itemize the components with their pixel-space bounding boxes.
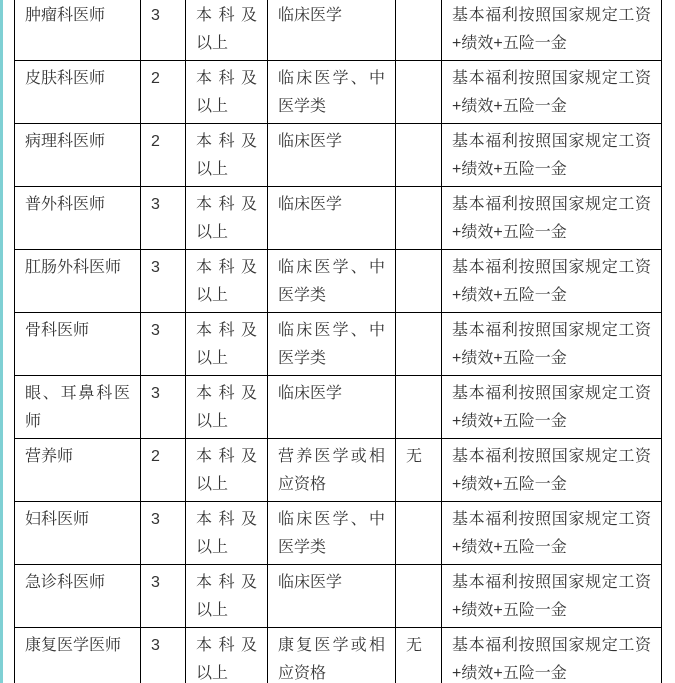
cell-count: 3 — [141, 187, 186, 250]
cell-education: 本科及以上 — [186, 61, 268, 124]
cell-count: 3 — [141, 565, 186, 628]
table-row: 康复医学医师 3 本科及以上 康复医学或相应资格 无 基本福利按照国家规定工资+… — [15, 628, 662, 683]
table-row: 营养师 2 本科及以上 营养医学或相应资格 无 基本福利按照国家规定工资+绩效+… — [15, 439, 662, 502]
cell-position: 妇科医师 — [15, 502, 141, 565]
cell-major: 营养医学或相应资格 — [268, 439, 396, 502]
left-accent-bar — [0, 0, 3, 683]
table-row: 普外科医师 3 本科及以上 临床医学 基本福利按照国家规定工资+绩效+五险一金 — [15, 187, 662, 250]
cell-position: 眼、耳鼻科医师 — [15, 376, 141, 439]
cell-other — [396, 565, 442, 628]
cell-other — [396, 313, 442, 376]
cell-benefits: 基本福利按照国家规定工资+绩效+五险一金 — [442, 376, 662, 439]
cell-benefits: 基本福利按照国家规定工资+绩效+五险一金 — [442, 502, 662, 565]
cell-count: 2 — [141, 61, 186, 124]
cell-other — [396, 61, 442, 124]
cell-education: 本科及以上 — [186, 0, 268, 61]
cell-other — [396, 250, 442, 313]
cell-position: 急诊科医师 — [15, 565, 141, 628]
cell-count: 3 — [141, 628, 186, 683]
cell-education: 本科及以上 — [186, 187, 268, 250]
cell-benefits: 基本福利按照国家规定工资+绩效+五险一金 — [442, 439, 662, 502]
cell-position: 肛肠外科医师 — [15, 250, 141, 313]
cell-count: 3 — [141, 0, 186, 61]
table-row: 骨科医师 3 本科及以上 临床医学、中医学类 基本福利按照国家规定工资+绩效+五… — [15, 313, 662, 376]
cell-other: 无 — [396, 439, 442, 502]
cell-benefits: 基本福利按照国家规定工资+绩效+五险一金 — [442, 187, 662, 250]
cell-major: 康复医学或相应资格 — [268, 628, 396, 683]
cell-position: 皮肤科医师 — [15, 61, 141, 124]
cell-education: 本科及以上 — [186, 628, 268, 683]
cell-education: 本科及以上 — [186, 502, 268, 565]
cell-other — [396, 502, 442, 565]
cell-other — [396, 187, 442, 250]
cell-other — [396, 124, 442, 187]
cell-position: 普外科医师 — [15, 187, 141, 250]
cell-education: 本科及以上 — [186, 250, 268, 313]
cell-education: 本科及以上 — [186, 376, 268, 439]
cell-education: 本科及以上 — [186, 124, 268, 187]
cell-education: 本科及以上 — [186, 439, 268, 502]
cell-count: 2 — [141, 124, 186, 187]
cell-major: 临床医学 — [268, 187, 396, 250]
cell-major: 临床医学 — [268, 0, 396, 61]
cell-count: 3 — [141, 376, 186, 439]
table-row: 肛肠外科医师 3 本科及以上 临床医学、中医学类 基本福利按照国家规定工资+绩效… — [15, 250, 662, 313]
cell-position: 肿瘤科医师 — [15, 0, 141, 61]
cell-major: 临床医学、中医学类 — [268, 502, 396, 565]
cell-education: 本科及以上 — [186, 565, 268, 628]
cell-count: 3 — [141, 313, 186, 376]
cell-benefits: 基本福利按照国家规定工资+绩效+五险一金 — [442, 628, 662, 683]
cell-position: 骨科医师 — [15, 313, 141, 376]
table-row: 肿瘤科医师 3 本科及以上 临床医学 基本福利按照国家规定工资+绩效+五险一金 — [15, 0, 662, 61]
cell-benefits: 基本福利按照国家规定工资+绩效+五险一金 — [442, 565, 662, 628]
cell-other: 无 — [396, 628, 442, 683]
recruitment-table: 肿瘤科医师 3 本科及以上 临床医学 基本福利按照国家规定工资+绩效+五险一金 … — [14, 0, 662, 683]
cell-position: 病理科医师 — [15, 124, 141, 187]
cell-benefits: 基本福利按照国家规定工资+绩效+五险一金 — [442, 250, 662, 313]
table-row: 皮肤科医师 2 本科及以上 临床医学、中医学类 基本福利按照国家规定工资+绩效+… — [15, 61, 662, 124]
cell-position: 营养师 — [15, 439, 141, 502]
table-row: 病理科医师 2 本科及以上 临床医学 基本福利按照国家规定工资+绩效+五险一金 — [15, 124, 662, 187]
table-container: 肿瘤科医师 3 本科及以上 临床医学 基本福利按照国家规定工资+绩效+五险一金 … — [14, 0, 662, 683]
cell-benefits: 基本福利按照国家规定工资+绩效+五险一金 — [442, 0, 662, 61]
cell-position: 康复医学医师 — [15, 628, 141, 683]
cell-major: 临床医学 — [268, 565, 396, 628]
page: 肿瘤科医师 3 本科及以上 临床医学 基本福利按照国家规定工资+绩效+五险一金 … — [0, 0, 675, 683]
cell-major: 临床医学 — [268, 124, 396, 187]
cell-count: 3 — [141, 502, 186, 565]
cell-education: 本科及以上 — [186, 313, 268, 376]
table-row: 眼、耳鼻科医师 3 本科及以上 临床医学 基本福利按照国家规定工资+绩效+五险一… — [15, 376, 662, 439]
table-row: 妇科医师 3 本科及以上 临床医学、中医学类 基本福利按照国家规定工资+绩效+五… — [15, 502, 662, 565]
cell-major: 临床医学、中医学类 — [268, 313, 396, 376]
table-body: 肿瘤科医师 3 本科及以上 临床医学 基本福利按照国家规定工资+绩效+五险一金 … — [15, 0, 662, 683]
cell-benefits: 基本福利按照国家规定工资+绩效+五险一金 — [442, 61, 662, 124]
cell-other — [396, 0, 442, 61]
cell-major: 临床医学 — [268, 376, 396, 439]
cell-major: 临床医学、中医学类 — [268, 61, 396, 124]
cell-other — [396, 376, 442, 439]
cell-major: 临床医学、中医学类 — [268, 250, 396, 313]
cell-count: 3 — [141, 250, 186, 313]
cell-count: 2 — [141, 439, 186, 502]
table-row: 急诊科医师 3 本科及以上 临床医学 基本福利按照国家规定工资+绩效+五险一金 — [15, 565, 662, 628]
cell-benefits: 基本福利按照国家规定工资+绩效+五险一金 — [442, 124, 662, 187]
cell-benefits: 基本福利按照国家规定工资+绩效+五险一金 — [442, 313, 662, 376]
